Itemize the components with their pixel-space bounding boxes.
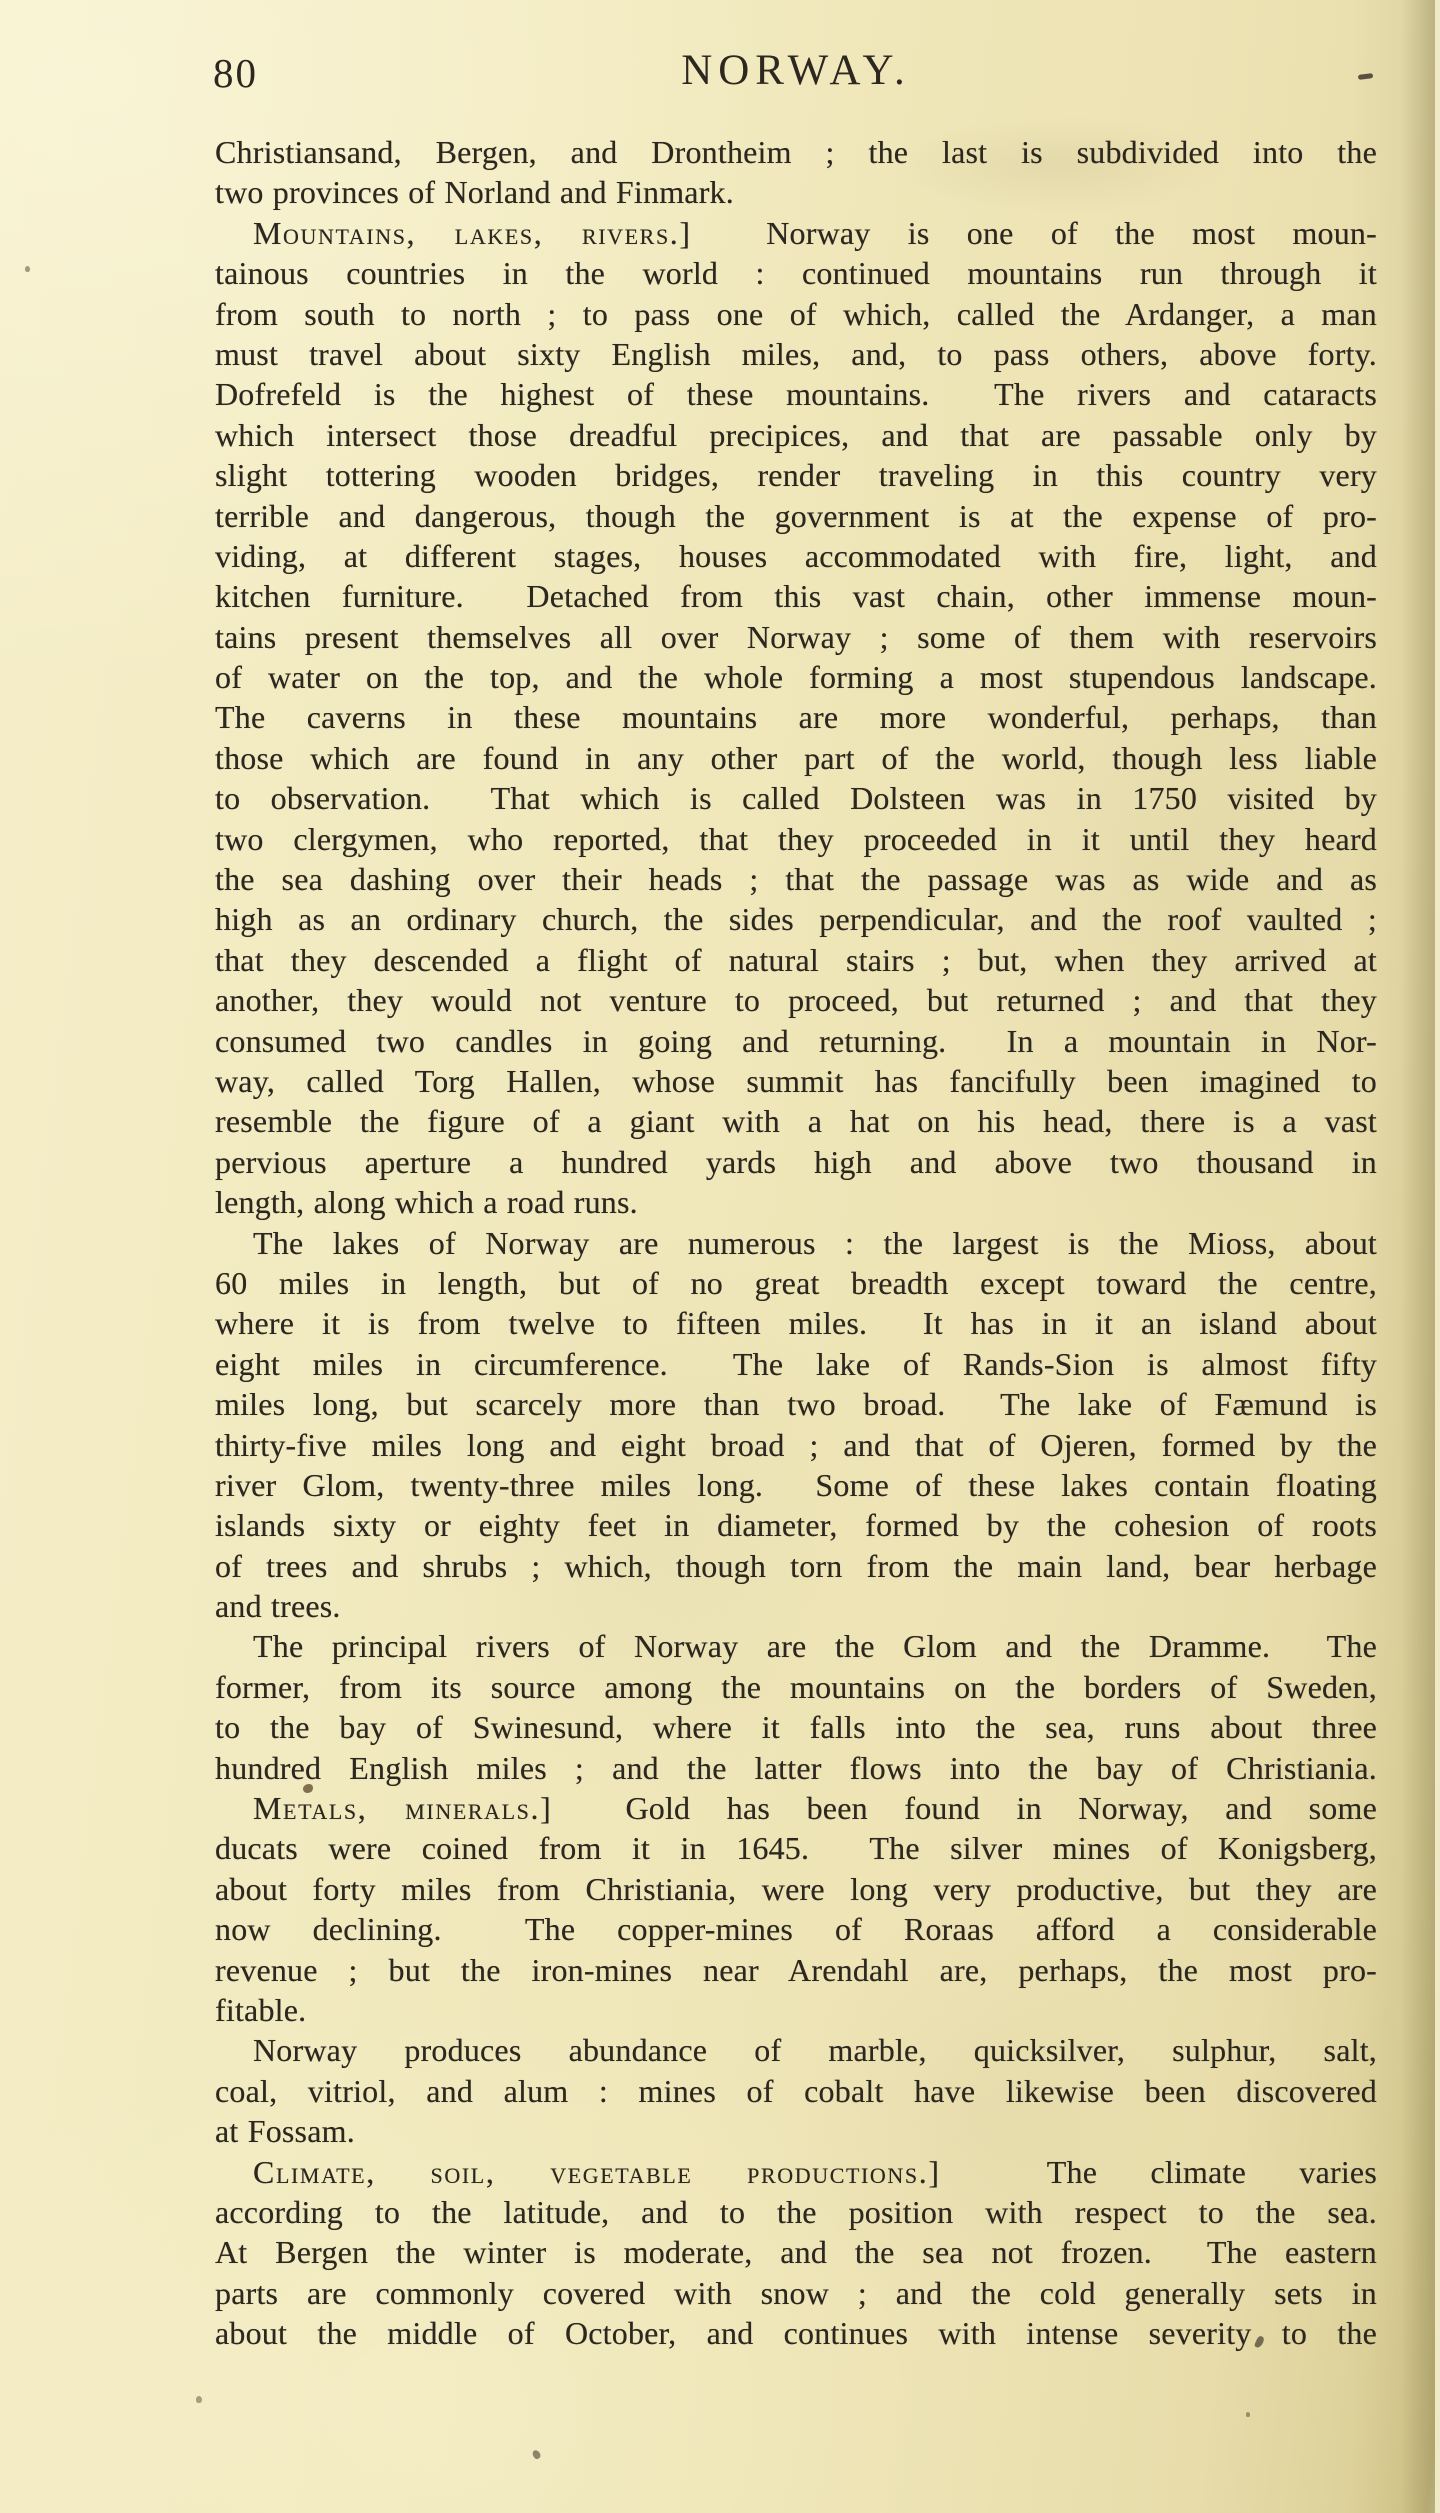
- text-segment: of water on the top, and the whole formi…: [215, 659, 1377, 695]
- text-segment: river Glom, twenty-three miles long. Som…: [215, 1467, 1377, 1503]
- text-line: Climate, soil, vegetable productions.] T…: [215, 2152, 1377, 2192]
- text-segment: Norway is one of the most moun-: [692, 215, 1377, 251]
- text-segment: viding, at different stages, houses acco…: [215, 538, 1377, 574]
- ink-speck: [25, 266, 30, 272]
- text-line: Mountains, lakes, rivers.] Norway is one…: [215, 213, 1377, 253]
- text-line: that they descended a flight of natural …: [215, 940, 1377, 980]
- text-segment: Christiansand, Bergen, and Drontheim ; t…: [215, 134, 1377, 170]
- text-line: The principal rivers of Norway are the G…: [215, 1626, 1377, 1666]
- text-line: Metals, minerals.] Gold has been found i…: [215, 1788, 1377, 1828]
- text-segment: which intersect those dreadful precipice…: [215, 417, 1377, 453]
- text-segment: parts are commonly covered with snow ; a…: [215, 2275, 1377, 2311]
- text-line: way, called Torg Hallen, whose summit ha…: [215, 1061, 1377, 1101]
- text-segment: about the middle of October, and continu…: [215, 2315, 1377, 2351]
- text-segment: two clergymen, who reported, that they p…: [215, 821, 1377, 857]
- text-line: eight miles in circumference. The lake o…: [215, 1344, 1377, 1384]
- text-line: tainous countries in the world : continu…: [215, 253, 1377, 293]
- text-segment: terrible and dangerous, though the gover…: [215, 498, 1377, 534]
- text-line: fitable.: [215, 1990, 1377, 2030]
- text-segment: The principal rivers of Norway are the G…: [253, 1628, 1377, 1664]
- text-line: and trees.: [215, 1586, 1377, 1626]
- text-segment: Dofrefeld is the highest of these mounta…: [215, 376, 1377, 412]
- text-line: parts are commonly covered with snow ; a…: [215, 2273, 1377, 2313]
- text-line: to the bay of Swinesund, where it falls …: [215, 1707, 1377, 1747]
- text-line: at Fossam.: [215, 2111, 1377, 2151]
- ink-speck: [196, 2396, 202, 2403]
- text-segment: those which are found in any other part …: [215, 740, 1377, 776]
- text-segment: now declining. The copper-mines of Roraa…: [215, 1911, 1377, 1947]
- section-heading: Mountains, lakes, rivers.]: [253, 215, 692, 251]
- text-line: now declining. The copper-mines of Roraa…: [215, 1909, 1377, 1949]
- text-line: those which are found in any other part …: [215, 738, 1377, 778]
- text-segment: and trees.: [215, 1588, 341, 1624]
- text-segment: kitchen furniture. Detached from this va…: [215, 578, 1377, 614]
- text-segment: must travel about sixty English miles, a…: [215, 336, 1377, 372]
- text-segment: where it is from twelve to fifteen miles…: [215, 1305, 1377, 1341]
- text-line: viding, at different stages, houses acco…: [215, 536, 1377, 576]
- text-line: of water on the top, and the whole formi…: [215, 657, 1377, 697]
- running-header-title: NORWAY.: [215, 49, 1377, 92]
- text-line: must travel about sixty English miles, a…: [215, 334, 1377, 374]
- page-edge-highlight: [1435, 0, 1440, 2513]
- text-segment: Gold has been found in Norway, and some: [552, 1790, 1377, 1826]
- text-segment: 60 miles in length, but of no great brea…: [215, 1265, 1377, 1301]
- text-line: thirty-five miles long and eight broad ;…: [215, 1425, 1377, 1465]
- text-line: coal, vitriol, and alum : mines of cobal…: [215, 2071, 1377, 2111]
- text-segment: At Bergen the winter is moderate, and th…: [215, 2234, 1377, 2270]
- text-segment: islands sixty or eighty feet in diameter…: [215, 1507, 1377, 1543]
- text-segment: Norway produces abundance of marble, qui…: [253, 2032, 1377, 2068]
- text-line: islands sixty or eighty feet in diameter…: [215, 1505, 1377, 1545]
- text-line: Christiansand, Bergen, and Drontheim ; t…: [215, 132, 1377, 172]
- text-line: tains present themselves all over Norway…: [215, 617, 1377, 657]
- text-line: At Bergen the winter is moderate, and th…: [215, 2232, 1377, 2272]
- text-segment: the sea dashing over their heads ; that …: [215, 861, 1377, 897]
- text-segment: to the bay of Swinesund, where it falls …: [215, 1709, 1377, 1745]
- text-segment: pervious aperture a hundred yards high a…: [215, 1144, 1377, 1180]
- text-line: the sea dashing over their heads ; that …: [215, 859, 1377, 899]
- text-segment: hundred English miles ; and the latter f…: [215, 1750, 1377, 1786]
- text-segment: The climate varies: [941, 2154, 1377, 2190]
- page-edge-shadow: [1401, 0, 1435, 2513]
- text-segment: slight tottering wooden bridges, render …: [215, 457, 1377, 493]
- text-segment: to observation. That which is called Dol…: [215, 780, 1377, 816]
- section-heading: Climate, soil, vegetable productions.]: [253, 2154, 941, 2190]
- text-line: to observation. That which is called Dol…: [215, 778, 1377, 818]
- text-line: from south to north ; to pass one of whi…: [215, 294, 1377, 334]
- text-segment: two provinces of Norland and Finmark.: [215, 174, 734, 210]
- text-line: 60 miles in length, but of no great brea…: [215, 1263, 1377, 1303]
- ink-speck: [531, 2449, 542, 2460]
- text-line: Norway produces abundance of marble, qui…: [215, 2030, 1377, 2070]
- text-line: slight tottering wooden bridges, render …: [215, 455, 1377, 495]
- text-line: which intersect those dreadful precipice…: [215, 415, 1377, 455]
- text-line: consumed two candles in going and return…: [215, 1021, 1377, 1061]
- text-line: another, they would not venture to proce…: [215, 980, 1377, 1020]
- text-line: high as an ordinary church, the sides pe…: [215, 899, 1377, 939]
- text-block: Christiansand, Bergen, and Drontheim ; t…: [215, 132, 1377, 2353]
- text-line: where it is from twelve to fifteen miles…: [215, 1303, 1377, 1343]
- text-segment: coal, vitriol, and alum : mines of cobal…: [215, 2073, 1377, 2109]
- text-segment: The lakes of Norway are numerous : the l…: [253, 1225, 1377, 1261]
- text-segment: according to the latitude, and to the po…: [215, 2194, 1377, 2230]
- text-line: two provinces of Norland and Finmark.: [215, 172, 1377, 212]
- book-page-scan: 80 NORWAY. Christiansand, Bergen, and Dr…: [0, 0, 1440, 2513]
- text-line: resemble the figure of a giant with a ha…: [215, 1101, 1377, 1141]
- text-segment: eight miles in circumference. The lake o…: [215, 1346, 1377, 1382]
- text-line: The caverns in these mountains are more …: [215, 697, 1377, 737]
- text-segment: fitable.: [215, 1992, 306, 2028]
- text-segment: way, called Torg Hallen, whose summit ha…: [215, 1063, 1377, 1099]
- text-segment: of trees and shrubs ; which, though torn…: [215, 1548, 1377, 1584]
- text-segment: high as an ordinary church, the sides pe…: [215, 901, 1377, 937]
- text-segment: about forty miles from Christiania, were…: [215, 1871, 1377, 1907]
- text-segment: The caverns in these mountains are more …: [215, 699, 1377, 735]
- text-line: about forty miles from Christiania, were…: [215, 1869, 1377, 1909]
- text-segment: another, they would not venture to proce…: [215, 982, 1377, 1018]
- text-line: according to the latitude, and to the po…: [215, 2192, 1377, 2232]
- text-line: ducats were coined from it in 1645. The …: [215, 1828, 1377, 1868]
- text-line: length, along which a road runs.: [215, 1182, 1377, 1222]
- text-line: two clergymen, who reported, that they p…: [215, 819, 1377, 859]
- text-segment: thirty-five miles long and eight broad ;…: [215, 1427, 1377, 1463]
- text-segment: tainous countries in the world : continu…: [215, 255, 1377, 291]
- text-segment: revenue ; but the iron-mines near Arenda…: [215, 1952, 1377, 1988]
- section-heading: Metals, minerals.]: [253, 1790, 552, 1826]
- text-line: kitchen furniture. Detached from this va…: [215, 576, 1377, 616]
- text-segment: from south to north ; to pass one of whi…: [215, 296, 1377, 332]
- text-line: revenue ; but the iron-mines near Arenda…: [215, 1950, 1377, 1990]
- text-line: terrible and dangerous, though the gover…: [215, 496, 1377, 536]
- text-line: pervious aperture a hundred yards high a…: [215, 1142, 1377, 1182]
- text-segment: at Fossam.: [215, 2113, 355, 2149]
- text-line: hundred English miles ; and the latter f…: [215, 1748, 1377, 1788]
- text-segment: resemble the figure of a giant with a ha…: [215, 1103, 1377, 1139]
- text-segment: consumed two candles in going and return…: [215, 1023, 1377, 1059]
- text-segment: former, from its source among the mounta…: [215, 1669, 1377, 1705]
- text-line: about the middle of October, and continu…: [215, 2313, 1377, 2353]
- text-line: river Glom, twenty-three miles long. Som…: [215, 1465, 1377, 1505]
- text-line: miles long, but scarcely more than two b…: [215, 1384, 1377, 1424]
- text-line: of trees and shrubs ; which, though torn…: [215, 1546, 1377, 1586]
- text-segment: that they descended a flight of natural …: [215, 942, 1377, 978]
- text-line: The lakes of Norway are numerous : the l…: [215, 1223, 1377, 1263]
- text-line: former, from its source among the mounta…: [215, 1667, 1377, 1707]
- ink-speck: [1246, 2412, 1250, 2417]
- text-segment: length, along which a road runs.: [215, 1184, 638, 1220]
- text-segment: ducats were coined from it in 1645. The …: [215, 1830, 1377, 1866]
- text-line: Dofrefeld is the highest of these mounta…: [215, 374, 1377, 414]
- text-segment: tains present themselves all over Norway…: [215, 619, 1377, 655]
- text-segment: miles long, but scarcely more than two b…: [215, 1386, 1377, 1422]
